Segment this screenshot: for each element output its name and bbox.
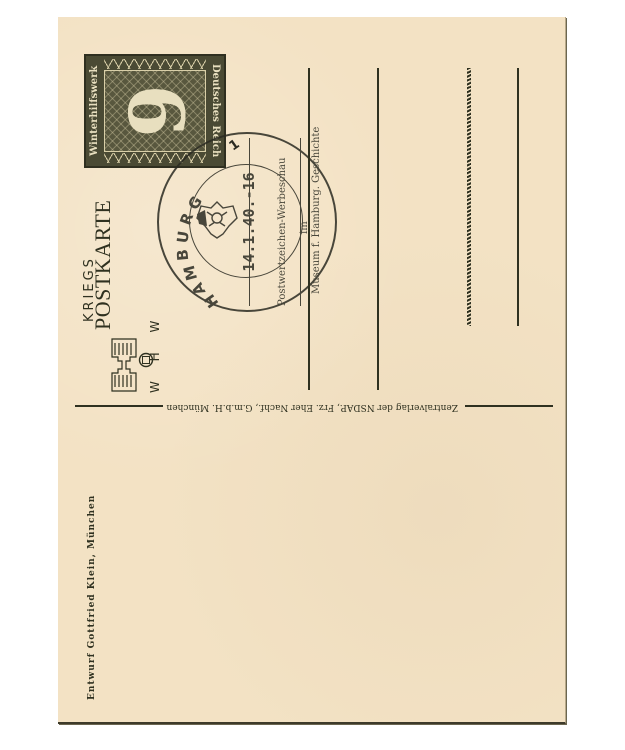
stamp-left-text: Winterhilfswerk xyxy=(87,62,103,160)
divider-left xyxy=(75,405,163,407)
address-line-2 xyxy=(377,68,379,390)
postmark-city: H A M B U R G xyxy=(161,174,221,294)
stamp-value: 6 xyxy=(117,85,193,138)
kriegs-label: KRIEGS xyxy=(82,256,97,322)
whw-label: W H W xyxy=(148,313,162,393)
address-line-3 xyxy=(517,68,519,326)
stamp-border-top xyxy=(104,59,206,69)
whw-emblem-icon xyxy=(108,335,140,395)
divider-right xyxy=(465,405,553,407)
postmark-date: 14.1.40.-16 xyxy=(239,138,259,306)
design-credit: Entwurf Gottfried Klein, München xyxy=(87,495,97,700)
postmark: 14.1.40.-16 Postwertzeichen-Werbeschau i… xyxy=(157,132,337,312)
publisher-text: Zentralverlag der NSDAP., Frz. Eher Nach… xyxy=(168,401,458,413)
decorative-rope-line xyxy=(467,68,471,326)
postkarte-label: POSTKARTE xyxy=(94,190,134,330)
postmark-event-line3: Museum f. Hamburg. Geschichte xyxy=(311,127,322,294)
postmark-event-line1: Postwertzeichen-Werbeschau xyxy=(277,158,288,306)
address-line-1 xyxy=(308,68,310,390)
